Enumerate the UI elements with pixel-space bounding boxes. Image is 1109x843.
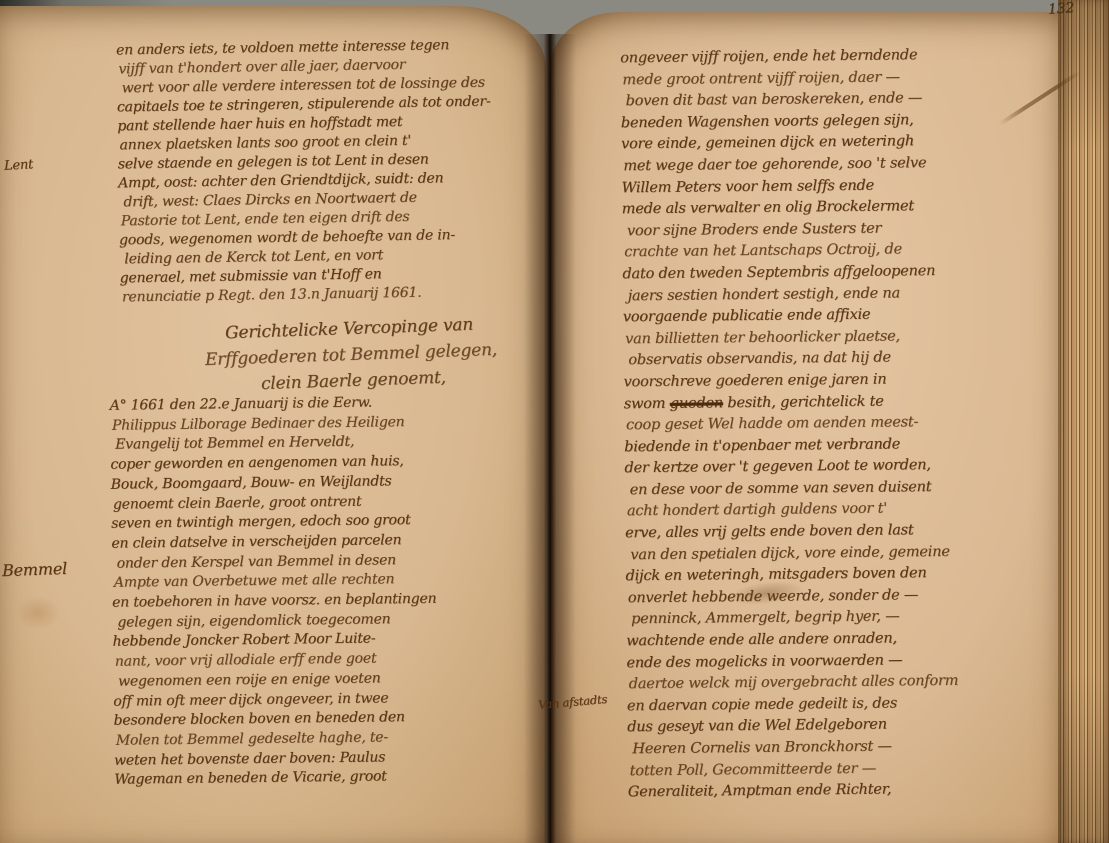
handwritten-line: penninck, Ammergelt, begrip hyer, — bbox=[626, 605, 1064, 631]
handwritten-line: Generaliteit, Amptman ende Richter, bbox=[628, 778, 1066, 804]
left-page-paragraph-1: en anders iets, te voldoen mette interes… bbox=[116, 35, 556, 308]
left-page-paragraph-2: A° 1661 den 22.e Januarij is die Eerw.Ph… bbox=[110, 391, 561, 790]
struck-word: gueden bbox=[670, 395, 723, 412]
handwritten-line: acht hondert dartigh guldens voor t' bbox=[625, 497, 1063, 523]
line-fragment: swom bbox=[624, 395, 670, 411]
paper-stain bbox=[16, 596, 60, 630]
line-fragment: besith, gerichtelick te bbox=[723, 393, 884, 411]
handwritten-line: jaers sestien hondert sestigh, ende na bbox=[623, 281, 1061, 307]
handwritten-line: totten Poll, Gecommitteerde ter — bbox=[628, 756, 1066, 782]
handwritten-line: coop geset Wel hadde om aenden meest- bbox=[624, 411, 1062, 437]
left-page-heading: Gerichtelicke Vercopinge vanErffgoederen… bbox=[139, 309, 561, 402]
handwritten-line: met wege daer toe gehorende, soo 't selv… bbox=[621, 152, 1059, 178]
fore-edge-page-stack bbox=[1058, 0, 1109, 843]
margin-note-lent: Lent bbox=[4, 157, 34, 174]
right-page-paragraph: ongeveer vijff roijen, ende het berndend… bbox=[620, 44, 1066, 804]
manuscript-photo: 132 Lent Bemmel Van afstadts en anders i… bbox=[0, 0, 1109, 843]
handwritten-line: boven dit bast van beroskereken, ende — bbox=[621, 87, 1059, 113]
margin-note-bemmel: Bemmel bbox=[2, 559, 68, 580]
handwritten-line: van den spetialen dijck, vore einde, gem… bbox=[625, 540, 1063, 566]
page-number: 132 bbox=[1047, 0, 1074, 18]
handwritten-line: en daervan copie mede gedeilt is, des bbox=[627, 692, 1065, 718]
handwritten-line: voorschreve goederen enige jaren in bbox=[623, 368, 1061, 394]
